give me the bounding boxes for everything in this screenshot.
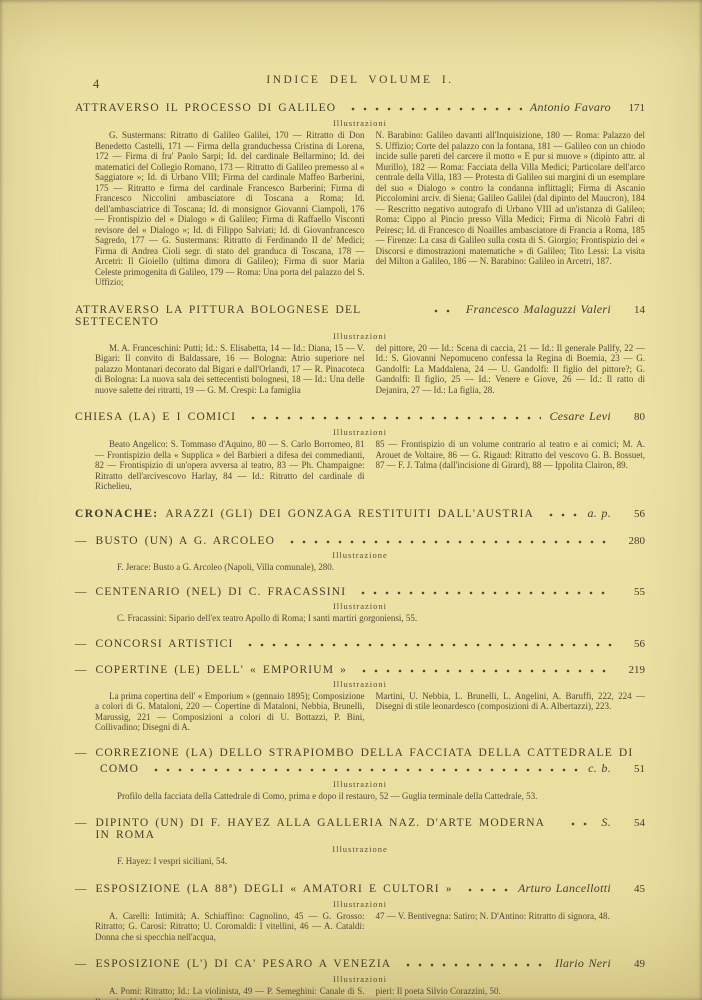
entry-page-number: 80 <box>621 411 645 423</box>
illustrations-columns: A. Pomi: Ritratto; Id.: La violinista, 4… <box>95 986 645 1000</box>
illustrations-columns: A. Carelli: Intimità; A. Schiaffino: Cag… <box>95 911 645 943</box>
entry-title-continued: COMO <box>100 763 139 775</box>
index-entry: CHIESA (LA) E I COMICICesare Levi80Illus… <box>75 409 645 492</box>
entry-author: Cesare Levi <box>549 409 611 424</box>
entry-title-line: CRONACHE:ARAZZI (GLI) DEI GONZAGA RESTIT… <box>75 506 645 521</box>
illustrations-column-right: Martini, U. Nebbia, L. Brunelli, L. Ange… <box>376 691 646 733</box>
index-entry: —CORREZIONE (LA) DELLO STRAPIOMBO DELLA … <box>75 747 645 802</box>
index-entry: ATTRAVERSO LA PITTURA BOLOGNESE DEL SETT… <box>75 302 645 396</box>
entry-dash: — <box>75 586 87 598</box>
illustration-caption: F. Jerace: Busto a G. Arcoleo (Napoli, V… <box>103 562 643 573</box>
illustrations-label: Illustrazioni <box>75 331 645 341</box>
dot-leaders <box>402 963 547 967</box>
illustrations-columns: G. Sustermans: Ritratto di Galileo Galil… <box>95 130 645 288</box>
entry-title-line: —BUSTO (UN) A G. ARCOLEO280 <box>75 535 645 547</box>
illustrations-label: Illustrazioni <box>75 679 645 689</box>
illustration-caption: C. Fracassini: Sipario dell'ex teatro Ap… <box>103 613 643 624</box>
dot-leaders <box>464 888 510 892</box>
illustrations-column-left: A. Pomi: Ritratto; Id.: La violinista, 4… <box>95 986 365 1000</box>
entry-page-number: 49 <box>621 958 645 970</box>
index-entry: —CENTENARIO (NEL) DI C. FRACASSINI55Illu… <box>75 586 645 624</box>
index-entry: —BUSTO (UN) A G. ARCOLEO280Illustrazione… <box>75 535 645 573</box>
entry-title: CORREZIONE (LA) DELLO STRAPIOMBO DELLA F… <box>96 747 634 759</box>
entry-title-line: —CORREZIONE (LA) DELLO STRAPIOMBO DELLA … <box>75 747 645 759</box>
illustrations-label: Illustrazioni <box>75 899 645 909</box>
entry-title-line: —ESPOSIZIONE (L') DI CA' PESARO A VENEZI… <box>75 956 645 971</box>
dot-leaders <box>430 309 457 313</box>
illustrations-column-left: Beato Angelico: S. Tommaso d'Aquino, 80 … <box>95 439 365 492</box>
entry-author: Francesco Malaguzzi Valeri <box>466 302 611 317</box>
index-entry: —CONCORSI ARTISTICI56 <box>75 638 645 650</box>
entry-author: a. p. <box>588 506 612 521</box>
illustrations-column-left: G. Sustermans: Ritratto di Galileo Galil… <box>95 130 365 288</box>
page-header-title: INDICE DEL VOLUME I. <box>266 74 453 86</box>
illustrations-label: Illustrazioni <box>75 974 645 984</box>
illustrations-column-right: 47 — V. Bentivegna: Satiro; N. D'Antino:… <box>376 911 646 943</box>
entry-title-line: —COPERTINE (LE) DELL' « EMPORIUM »219 <box>75 664 645 676</box>
index-entry: CRONACHE:ARAZZI (GLI) DEI GONZAGA RESTIT… <box>75 506 645 521</box>
illustrations-column-right: pieri: Il poeta Silvio Corazzini, 50. <box>376 986 646 1000</box>
entry-dash: — <box>75 958 87 970</box>
illustrations-column-right: del pittore, 20 — Id.: Scena di caccia, … <box>376 343 646 396</box>
entry-page-number: 14 <box>621 304 645 316</box>
entry-author: Antonio Favaro <box>530 100 611 115</box>
dot-leaders <box>286 540 613 544</box>
dot-leaders <box>347 107 522 111</box>
dot-leaders <box>545 513 580 517</box>
entry-page-number: 280 <box>621 535 645 547</box>
entry-title: CENTENARIO (NEL) DI C. FRACASSINI <box>96 586 347 598</box>
illustrations-label: Illustrazione <box>75 844 645 854</box>
illustrations-label: Illustrazione <box>75 550 645 560</box>
entry-title: ESPOSIZIONE (LA 88ª) DEGLI « AMATORI E C… <box>96 883 453 895</box>
illustrations-columns: M. A. Franceschini: Putti; Id.: S. Elisa… <box>95 343 645 396</box>
illustrations-label: Illustrazioni <box>75 779 645 789</box>
entry-dash: — <box>75 817 87 829</box>
illustrations-column-left: La prima copertina dell' « Emporium » (g… <box>95 691 365 733</box>
entry-page-number: 56 <box>621 638 645 650</box>
dot-leaders <box>357 591 613 595</box>
entry-page-number: 54 <box>621 817 645 829</box>
entry-page-number: 51 <box>621 763 645 775</box>
entry-dash: — <box>75 747 87 759</box>
page-header: 4 INDICE DEL VOLUME I. <box>75 74 645 86</box>
entry-title-line: ATTRAVERSO LA PITTURA BOLOGNESE DEL SETT… <box>75 302 645 328</box>
index-entry: ATTRAVERSO IL PROCESSO DI GALILEOAntonio… <box>75 100 645 288</box>
entry-author: c. b. <box>588 761 611 776</box>
entry-title: ATTRAVERSO LA PITTURA BOLOGNESE DEL SETT… <box>75 304 419 328</box>
dot-leaders <box>358 669 613 673</box>
entry-author: S. <box>601 815 611 830</box>
entry-dash: — <box>75 535 87 547</box>
dot-leaders <box>567 822 594 826</box>
entry-title-line: ATTRAVERSO IL PROCESSO DI GALILEOAntonio… <box>75 100 645 115</box>
index-entry: —ESPOSIZIONE (L') DI CA' PESARO A VENEZI… <box>75 956 645 1000</box>
index-entry: —COPERTINE (LE) DELL' « EMPORIUM »219Ill… <box>75 664 645 733</box>
illustrations-label: Illustrazioni <box>75 118 645 128</box>
illustration-caption: F. Hayez: I vespri siciliani, 54. <box>103 856 643 867</box>
illustration-caption: Profilo della facciata della Cattedrale … <box>103 791 643 802</box>
entry-page-number: 45 <box>621 883 645 895</box>
dot-leaders <box>150 768 580 772</box>
entry-title-line: —CONCORSI ARTISTICI56 <box>75 638 645 650</box>
index-entry: —DIPINTO (UN) DI F. HAYEZ ALLA GALLERIA … <box>75 815 645 867</box>
illustrations-column-left: A. Carelli: Intimità; A. Schiaffino: Cag… <box>95 911 365 943</box>
entry-page-number: 56 <box>621 508 645 520</box>
entry-title: CONCORSI ARTISTICI <box>96 638 234 650</box>
dot-leaders <box>244 643 613 647</box>
dot-leaders <box>247 416 541 420</box>
entry-dash: — <box>75 638 87 650</box>
entry-title-line: —DIPINTO (UN) DI F. HAYEZ ALLA GALLERIA … <box>75 815 645 841</box>
entry-page-number: 219 <box>621 664 645 676</box>
entry-title-line: —ESPOSIZIONE (LA 88ª) DEGLI « AMATORI E … <box>75 881 645 896</box>
entry-title: COPERTINE (LE) DELL' « EMPORIUM » <box>96 664 348 676</box>
entry-dash: — <box>75 883 87 895</box>
entry-page-number: 171 <box>621 102 645 114</box>
entry-page-number: 55 <box>621 586 645 598</box>
illustrations-columns: La prima copertina dell' « Emporium » (g… <box>95 691 645 733</box>
entry-dash: — <box>75 664 87 676</box>
illustrations-label: Illustrazioni <box>75 601 645 611</box>
entry-author: Ilario Neri <box>555 956 611 971</box>
entry-section-label: CRONACHE: <box>75 508 159 520</box>
entry-title: ARAZZI (GLI) DEI GONZAGA RESTITUITI DALL… <box>166 508 534 520</box>
illustrations-label: Illustrazioni <box>75 427 645 437</box>
entry-title: BUSTO (UN) A G. ARCOLEO <box>96 535 276 547</box>
illustrations-column-right: 85 — Frontispizio di un volume contrario… <box>376 439 646 492</box>
entry-title: ATTRAVERSO IL PROCESSO DI GALILEO <box>75 102 336 114</box>
entry-title: ESPOSIZIONE (L') DI CA' PESARO A VENEZIA <box>96 958 392 970</box>
entry-title-line: —CENTENARIO (NEL) DI C. FRACASSINI55 <box>75 586 645 598</box>
entry-title: CHIESA (LA) E I COMICI <box>75 411 236 423</box>
scanned-page: 4 INDICE DEL VOLUME I. ATTRAVERSO IL PRO… <box>0 0 702 1000</box>
entry-title-line: CHIESA (LA) E I COMICICesare Levi80 <box>75 409 645 424</box>
index-entry: —ESPOSIZIONE (LA 88ª) DEGLI « AMATORI E … <box>75 881 645 943</box>
index-entries-list: ATTRAVERSO IL PROCESSO DI GALILEOAntonio… <box>75 100 645 1000</box>
illustrations-column-right: N. Barabino: Galileo davanti all'Inquisi… <box>376 130 646 288</box>
entry-title: DIPINTO (UN) DI F. HAYEZ ALLA GALLERIA N… <box>96 817 556 841</box>
illustrations-column-left: M. A. Franceschini: Putti; Id.: S. Elisa… <box>95 343 365 396</box>
entry-title-line-continued: COMOc. b.51 <box>75 761 645 776</box>
page-number: 4 <box>93 77 99 92</box>
illustrations-columns: Beato Angelico: S. Tommaso d'Aquino, 80 … <box>95 439 645 492</box>
entry-author: Arturo Lancellotti <box>518 881 611 896</box>
